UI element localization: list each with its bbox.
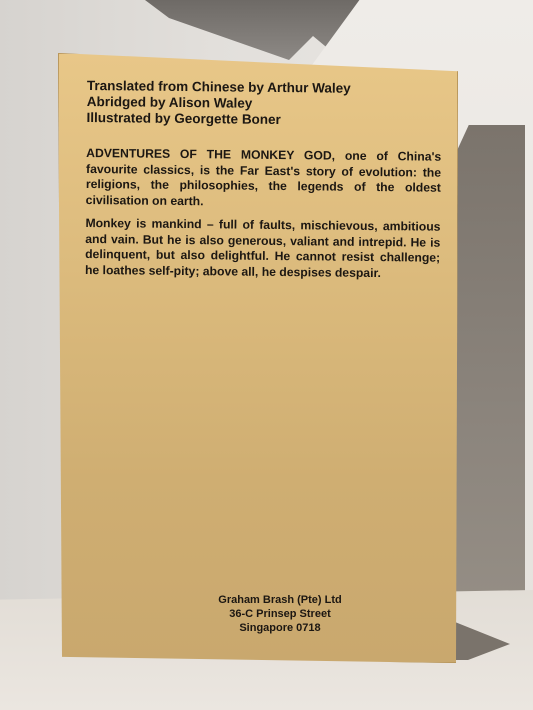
publisher-name: Graham Brash (Pte) Ltd [200,593,360,607]
credit-illustrator: Illustrated by Georgette Boner [86,110,441,130]
blurb-paragraph-2: Monkey is mankind – full of faults, misc… [85,216,441,282]
publisher-city: Singapore 0718 [200,621,360,635]
book-shadow [450,125,525,635]
publisher-street: 36-C Prinsep Street [200,607,360,621]
blurb-paragraph-1: ADVENTURES OF THE MONKEY GOD, one of Chi… [86,146,442,212]
credits: Translated from Chinese by Arthur Waley … [86,78,441,130]
back-cover-text: Translated from Chinese by Arthur Waley … [85,78,442,282]
publisher-imprint: Graham Brash (Pte) Ltd 36-C Prinsep Stre… [200,593,360,635]
photo-scene: Translated from Chinese by Arthur Waley … [0,0,533,710]
